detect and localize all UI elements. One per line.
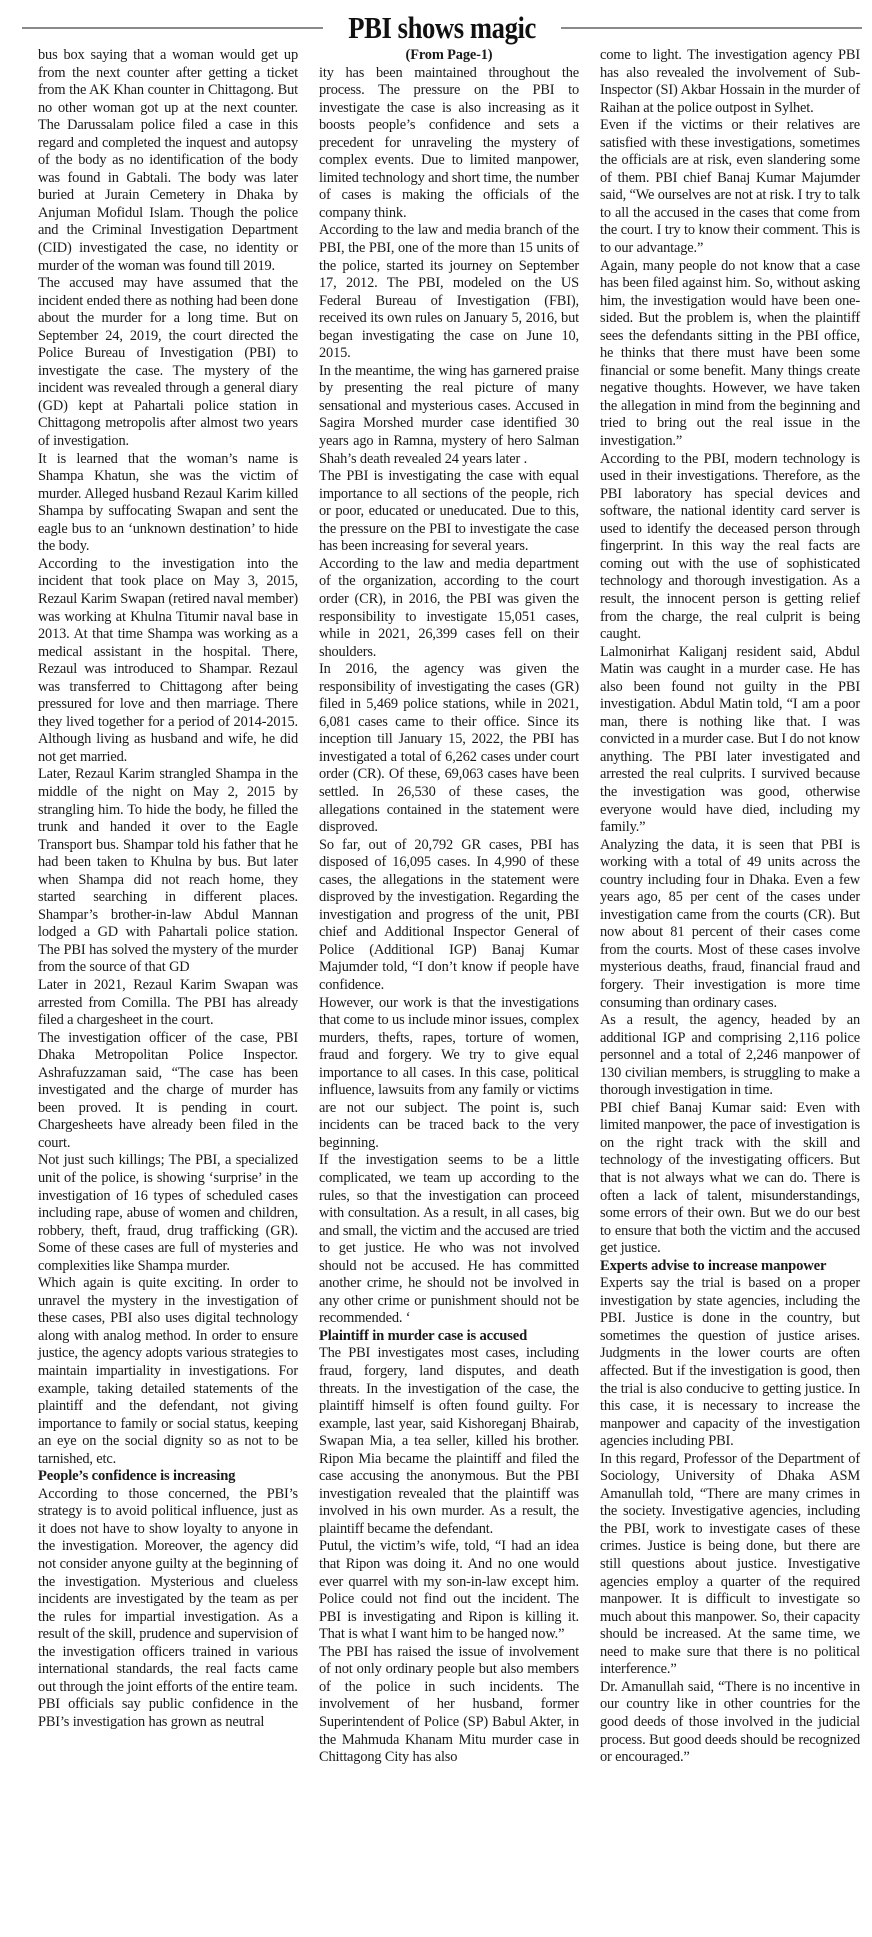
headline: PBI shows magic [340, 10, 545, 46]
article-paragraph: According to the investigation into the … [38, 556, 298, 767]
article-paragraph: ity has been maintained throughout the p… [319, 65, 579, 223]
article-paragraph: In 2016, the agency was given the respon… [319, 661, 579, 836]
article-paragraph: Lalmonirhat Kaliganj resident said, Abdu… [600, 644, 860, 837]
article-paragraph: As a result, the agency, headed by an ad… [600, 1012, 860, 1100]
article-paragraph: come to light. The investigation agency … [600, 47, 860, 117]
article-paragraph: If the investigation seems to be a littl… [319, 1152, 579, 1327]
article-paragraph: PBI officials say public confidence in t… [38, 1696, 298, 1731]
article-paragraph: Even if the victims or their relatives a… [600, 117, 860, 257]
article-paragraph: Dr. Amanullah said, “There is no incenti… [600, 1679, 860, 1767]
article-paragraph: Again, many people do not know that a ca… [600, 258, 860, 451]
article-paragraph: In the meantime, the wing has garnered p… [319, 363, 579, 468]
article-paragraph: Which again is quite exciting. In order … [38, 1275, 298, 1468]
newspaper-page: PBI shows magic bus box saying that a wo… [0, 0, 872, 1937]
headline-bar: PBI shows magic [22, 8, 862, 48]
article-paragraph: In this regard, Professor of the Departm… [600, 1451, 860, 1679]
section-subheading: Plaintiff in murder case is accused [319, 1328, 579, 1346]
continuation-label: (From Page-1) [319, 47, 579, 65]
article-paragraph: The accused may have assumed that the in… [38, 275, 298, 450]
article-paragraph: PBI chief Banaj Kumar said: Even with li… [600, 1100, 860, 1258]
article-paragraph: The investigation officer of the case, P… [38, 1030, 298, 1153]
article-paragraph: Later in 2021, Rezaul Karim Swapan was a… [38, 977, 298, 1030]
section-subheading: People’s confidence is increasing [38, 1468, 298, 1486]
article-column-2: (From Page-1)ity has been maintained thr… [319, 47, 579, 1767]
article-paragraph: Not just such killings; The PBI, a speci… [38, 1152, 298, 1275]
article-paragraph: The PBI has raised the issue of involvem… [319, 1644, 579, 1767]
article-paragraph: According to the PBI, modern technology … [600, 451, 860, 644]
article-paragraph: According to those concerned, the PBI’s … [38, 1486, 298, 1697]
article-columns: bus box saying that a woman would get up… [38, 47, 860, 1767]
article-paragraph: The PBI is investigating the case with e… [319, 468, 579, 556]
headline-rule-left [22, 27, 323, 29]
article-column-3: come to light. The investigation agency … [600, 47, 860, 1767]
article-paragraph: According to the law and media branch of… [319, 222, 579, 362]
article-paragraph: It is learned that the woman’s name is S… [38, 451, 298, 556]
article-paragraph: The PBI investigates most cases, includi… [319, 1345, 579, 1538]
section-subheading: Experts advise to increase manpower [600, 1258, 860, 1276]
article-paragraph: According to the law and media departmen… [319, 556, 579, 661]
headline-rule-right [561, 27, 862, 29]
article-column-1: bus box saying that a woman would get up… [38, 47, 298, 1767]
article-paragraph: Putul, the victim’s wife, told, “I had a… [319, 1538, 579, 1643]
article-paragraph: bus box saying that a woman would get up… [38, 47, 298, 275]
article-paragraph: So far, out of 20,792 GR cases, PBI has … [319, 837, 579, 995]
article-paragraph: Experts say the trial is based on a prop… [600, 1275, 860, 1450]
article-paragraph: Analyzing the data, it is seen that PBI … [600, 837, 860, 1012]
article-paragraph: Later, Rezaul Karim strangled Shampa in … [38, 766, 298, 977]
article-paragraph: However, our work is that the investigat… [319, 995, 579, 1153]
